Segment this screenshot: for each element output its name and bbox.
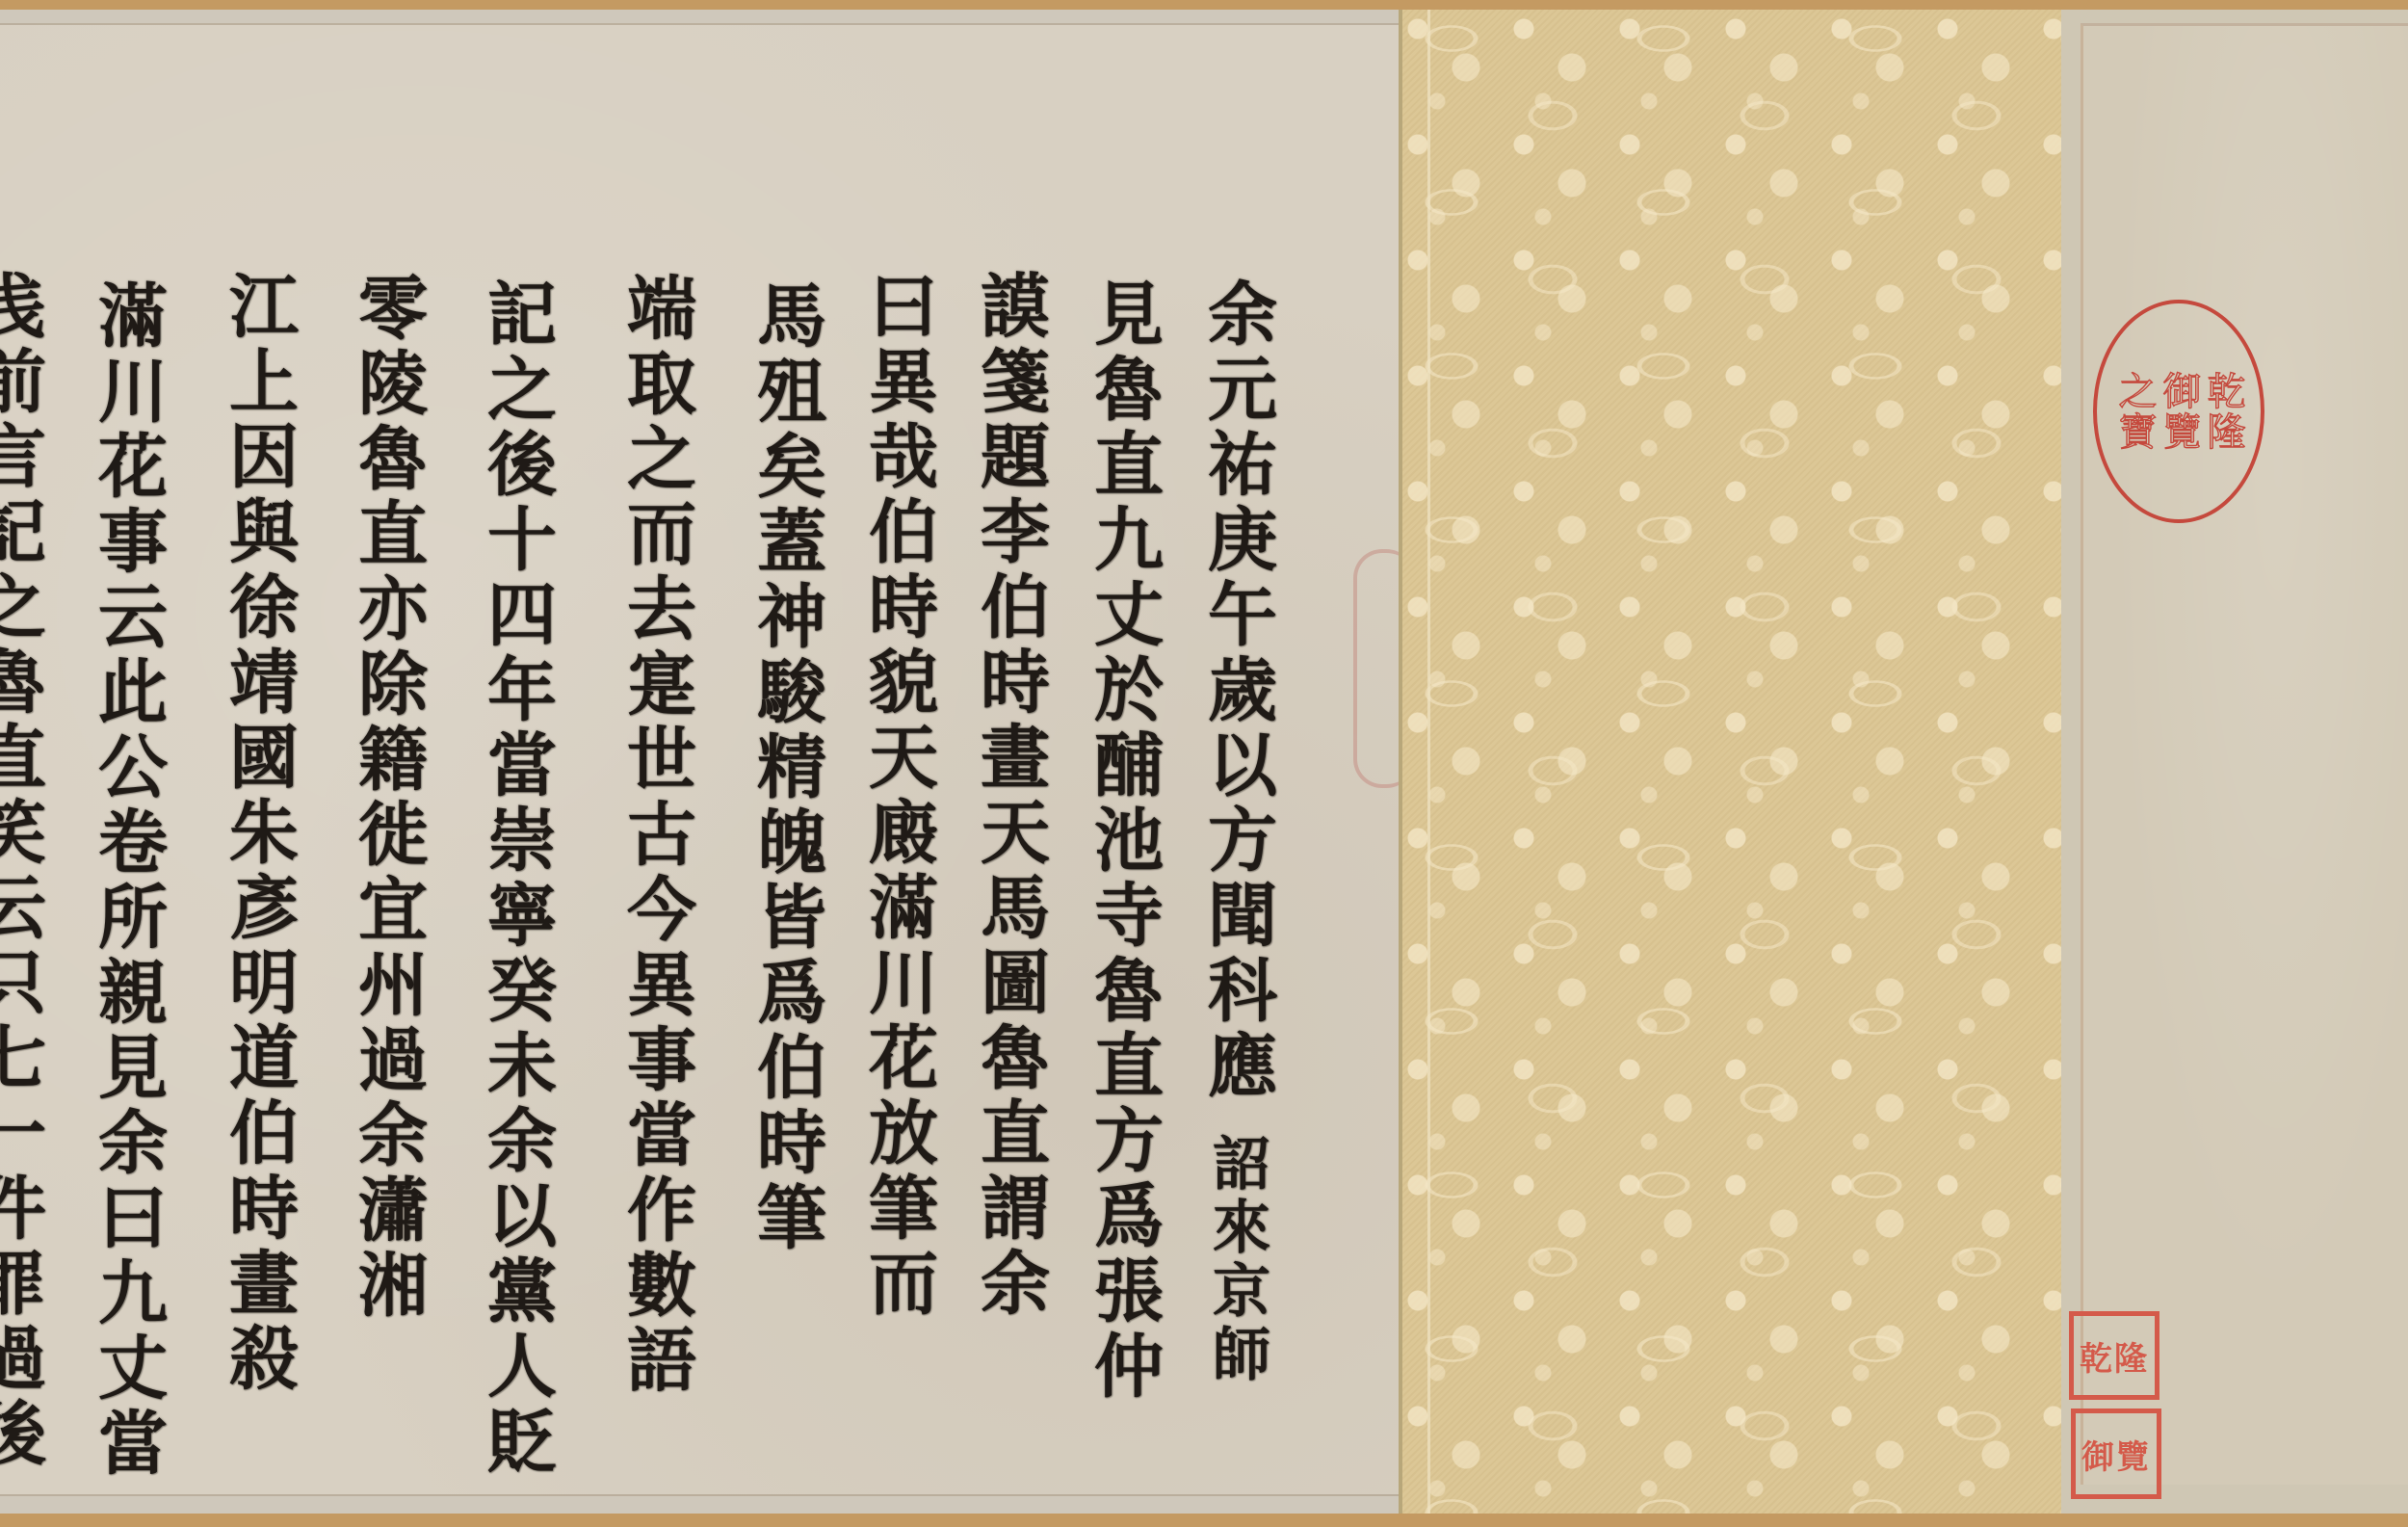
oval-imperial-seal: 乾隆 御覽 之寶 — [2093, 300, 2264, 523]
calligraphy-column-10: 滿川花事云此公卷所親見余曰九丈當 — [92, 279, 162, 1482]
calligraphy-column-9: 江上因與徐靖國朱彥明道伯時畫殺 — [223, 270, 293, 1397]
paper-bottom-margin — [0, 1496, 1399, 1514]
calligraphy-column-1: 余元祐庚午歲以方聞科應詔來京師 — [1202, 277, 1271, 1387]
scroll-top-mount-border — [0, 0, 2408, 10]
column-text: 江上因與徐靖國朱彥明道伯時畫殺 — [218, 270, 300, 1397]
seal-text: 御覽 — [2081, 1431, 2151, 1478]
column-text: 㦮前言記之魯直笑云只七一件罪過後 — [0, 270, 47, 1472]
column-text: 謨箋題李伯時畫天馬圖魯直謂余 — [969, 270, 1051, 1322]
column-text: 記之後十四年當崇寧癸未余以黨人貶 — [476, 277, 558, 1480]
paper-top-rule — [0, 23, 1399, 25]
silk-left-edge — [1399, 10, 1402, 1514]
calligraphy-column-6: 端取之而去寔世古今異事當作數語 — [621, 272, 691, 1399]
silk-brocade-mounting — [1399, 10, 2061, 1514]
column-text: 滿川花事云此公卷所親見余曰九丈當 — [87, 279, 169, 1482]
seal-paper-inner — [2081, 23, 2408, 1485]
calligraphy-paper-panel: 余元祐庚午歲以方聞科應詔來京師 見魯直九丈於酺池寺魯直方爲張仲 謨箋題李伯時畫天… — [0, 10, 1399, 1514]
column-text-raised: 詔來京師 — [1203, 1133, 1270, 1387]
calligraphy-column-7: 記之後十四年當崇寧癸未余以黨人貶 — [482, 277, 551, 1480]
square-seal-bottom: 御覽 — [2071, 1409, 2161, 1499]
seal-column: 御覽 — [2159, 371, 2198, 452]
seal-column: 之寶 — [2115, 371, 2154, 452]
paper-bottom-rule — [0, 1494, 1399, 1496]
seal-column: 乾隆 — [2204, 371, 2242, 452]
scroll-bottom-mount-border — [0, 1514, 2408, 1527]
column-text: 余元祐庚午歲以方聞科應 — [1196, 277, 1278, 1104]
column-text: 見魯直九丈於酺池寺魯直方爲張仲 — [1083, 277, 1165, 1405]
calligraphy-column-3: 謨箋題李伯時畫天馬圖魯直謂余 — [975, 270, 1044, 1322]
calligraphy-column-5: 馬殂矣蓋神駿精魄皆爲伯時筆 — [751, 279, 821, 1256]
paper-top-margin — [0, 10, 1399, 23]
silk-border-stripe — [1427, 10, 1430, 1514]
square-seal-top: 乾隆 — [2069, 1311, 2159, 1400]
calligraphy-column-2: 見魯直九丈於酺池寺魯直方爲張仲 — [1088, 277, 1158, 1405]
calligraphy-column-8: 零陵魯直亦除籍徙宜州過余瀟湘 — [353, 272, 422, 1324]
column-text: 端取之而去寔世古今異事當作數語 — [615, 272, 697, 1399]
seal-paper-panel — [2061, 10, 2408, 1514]
seal-text: 乾隆 — [2080, 1332, 2149, 1380]
calligraphy-column-4: 曰異哉伯時貌天廄滿川花放筆而 — [863, 270, 932, 1322]
column-text: 零陵魯直亦除籍徙宜州過余瀟湘 — [347, 272, 429, 1324]
column-text: 馬殂矣蓋神駿精魄皆爲伯時筆 — [746, 279, 827, 1256]
calligraphy-column-11-partial: 㦮前言記之魯直笑云只七一件罪過後 — [0, 270, 40, 1472]
column-text: 曰異哉伯時貌天廄滿川花放筆而 — [857, 270, 939, 1322]
